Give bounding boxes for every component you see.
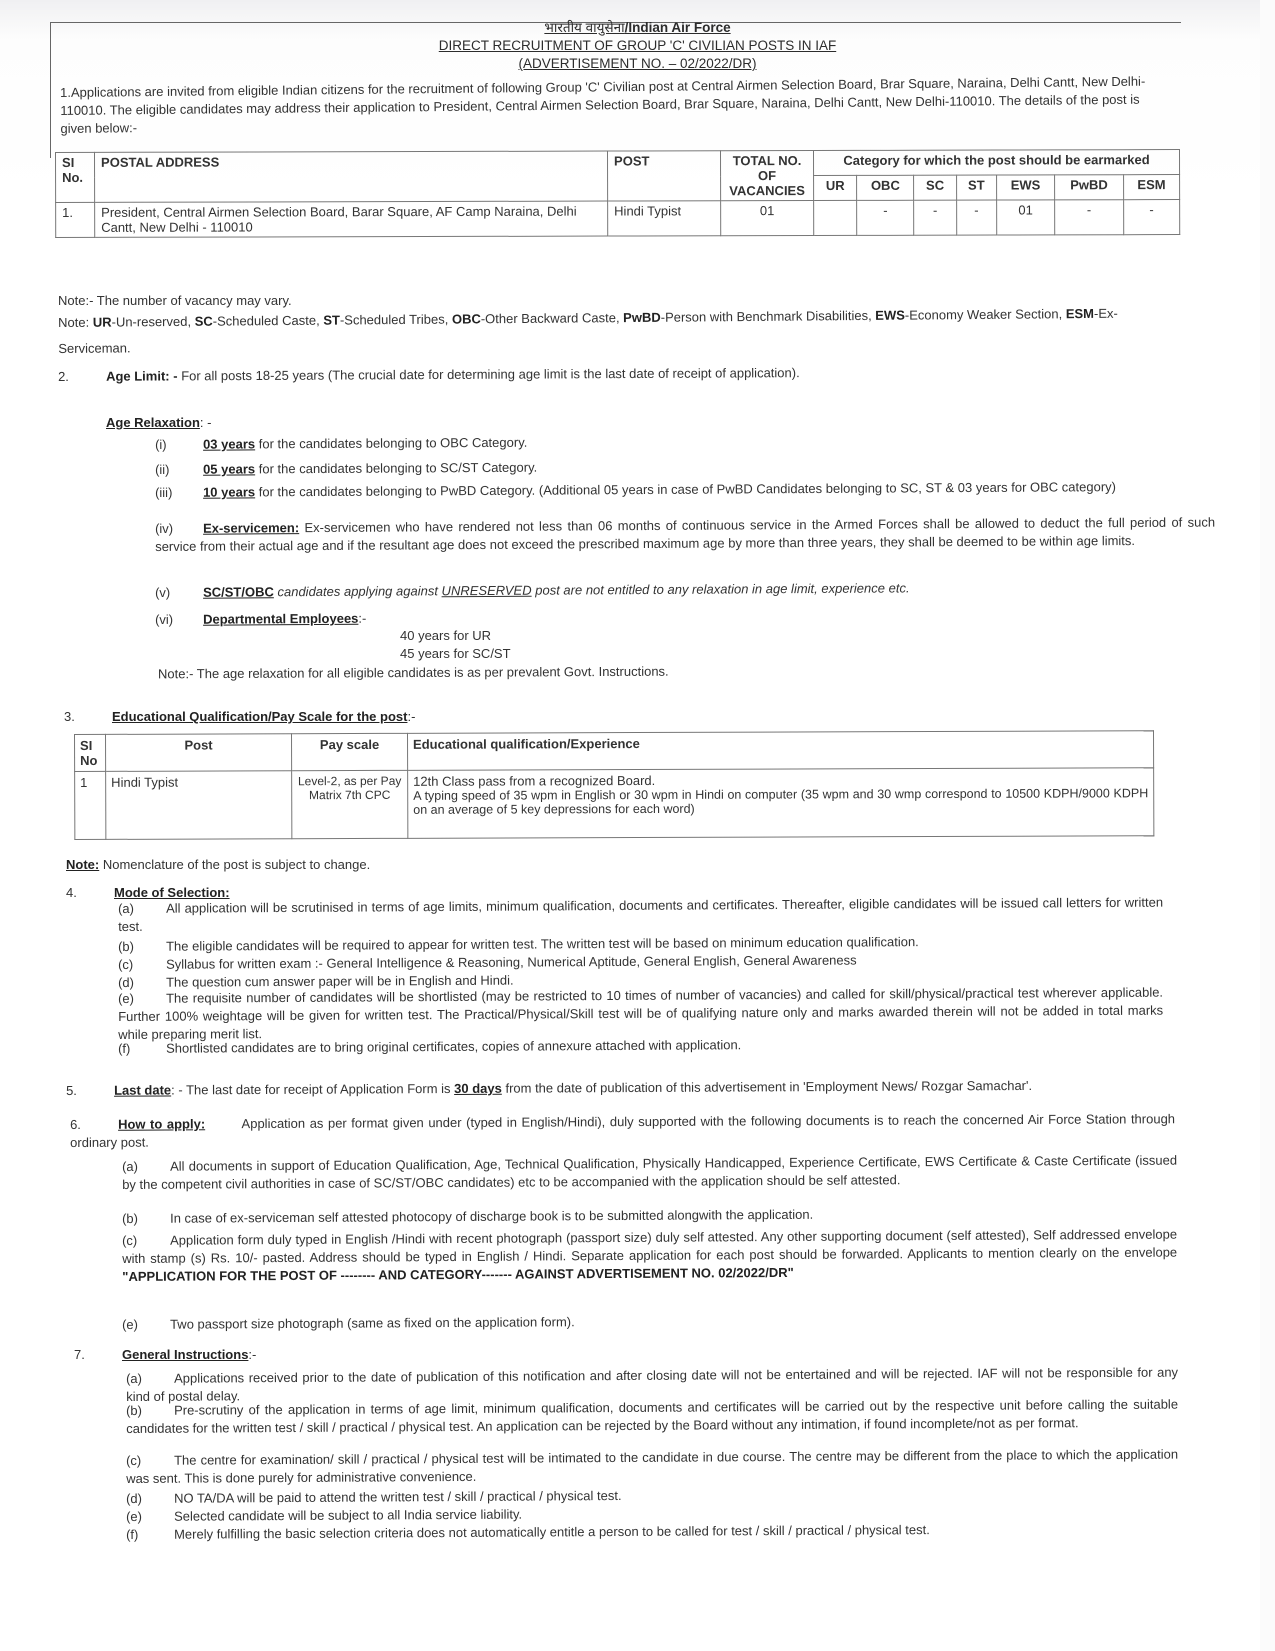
item-number: (e) — [126, 1508, 174, 1526]
abbr-term: ESM — [1066, 306, 1094, 321]
item-number: (v) — [155, 584, 203, 602]
section-how-to-apply: 6.How to apply: Application as per forma… — [70, 1110, 1175, 1152]
doc-subtitle: DIRECT RECRUITMENT OF GROUP 'C' CIVILIAN… — [0, 38, 1275, 53]
row-category-value: - — [914, 200, 956, 235]
item-number: (a) — [122, 1158, 170, 1176]
item-number: (f) — [118, 1040, 166, 1058]
how-to-apply-item: (b)In case of ex-serviceman self atteste… — [122, 1204, 1177, 1228]
item-number: (d) — [126, 1490, 174, 1508]
item-emphasis: 10 years — [203, 484, 255, 499]
item-text: The eligible candidates will be required… — [166, 934, 919, 954]
age-relaxation-item: (vi)Departmental Employees:- — [155, 605, 1215, 629]
item-number: (e) — [118, 990, 166, 1008]
item-text: Two passport size photograph (same as fi… — [170, 1314, 575, 1331]
vacancy-table: SI No. POSTAL ADDRESS POST TOTAL NO. OF … — [55, 149, 1180, 238]
item-emphasis: 03 years — [203, 436, 255, 451]
item-number: (b) — [122, 1210, 170, 1228]
item-number: (a) — [118, 900, 166, 918]
col-category: ST — [956, 175, 996, 200]
row-sl: 1. — [56, 202, 95, 237]
abbr-term: UR — [93, 315, 112, 330]
abbr-term: PwBD — [623, 310, 661, 325]
item-number: (a) — [126, 1370, 174, 1388]
edu-col-sl: SI No — [75, 734, 106, 771]
departmental-scst: 45 years for SC/ST — [400, 645, 511, 663]
edu-row: 1 Hindi Typist Level-2, as per Pay Matri… — [75, 768, 1154, 840]
item-text: NO TA/DA will be paid to attend the writ… — [174, 1488, 622, 1506]
row-category-value: - — [956, 200, 996, 235]
item-emphasis: SC/ST/OBC — [203, 584, 274, 599]
col-sl: SI No. — [56, 152, 95, 202]
abbr-definition: -Other Backward Caste, — [481, 310, 623, 326]
item-text: Pre-scrutiny of the application in terms… — [126, 1397, 1178, 1436]
abbr-definition: -Economy Weaker Section, — [905, 306, 1066, 322]
item-text: Selected candidate will be subject to al… — [174, 1507, 522, 1524]
row-category-value: - — [1055, 200, 1124, 235]
item-number: (c) — [122, 1232, 170, 1250]
row-total: 01 — [721, 201, 814, 236]
age-relaxation-item: (iii)10 years for the candidates belongi… — [155, 478, 1215, 502]
item-text: All documents in support of Education Qu… — [122, 1153, 1177, 1192]
departmental-ur: 40 years for UR — [400, 627, 491, 645]
item-number: (vi) — [155, 611, 203, 629]
document-page: भारतीय वायुसेना/Indian Air Force DIRECT … — [0, 0, 1260, 1651]
age-relaxation-note: Note:- The age relaxation for all eligib… — [158, 663, 669, 684]
row-address: President, Central Airmen Selection Boar… — [95, 201, 608, 237]
col-category: OBC — [857, 175, 914, 200]
item-number: (ii) — [155, 461, 203, 479]
general-instruction-item: (b)Pre-scrutiny of the application in te… — [126, 1396, 1178, 1438]
age-relaxation-item: (i)03 years for the candidates belonging… — [155, 430, 1215, 454]
item-emphasis: Ex-servicemen: — [203, 520, 299, 536]
abbr-definition: -Scheduled Tribes, — [340, 312, 452, 328]
item-text: In case of ex-serviceman self attested p… — [170, 1207, 813, 1226]
org-title-hindi: भारतीय वायुसेना — [544, 20, 624, 35]
item-number: (e) — [122, 1316, 170, 1334]
item-number: (i) — [155, 436, 203, 454]
item-emphasis: "APPLICATION FOR THE POST OF -------- AN… — [122, 1265, 794, 1284]
col-address: POSTAL ADDRESS — [95, 151, 608, 202]
item-text: for the candidates belonging to SC/ST Ca… — [255, 460, 537, 477]
abbr-definition: -Scheduled Caste, — [213, 313, 324, 329]
selection-item: (a)All application will be scrutinised i… — [118, 894, 1163, 936]
item-text: Shortlisted candidates are to bring orig… — [166, 1037, 741, 1056]
item-text: candidates applying against — [274, 583, 442, 599]
col-category: ESM — [1123, 175, 1179, 200]
item-text: for the candidates belonging to OBC Cate… — [255, 435, 527, 452]
item-text: :- — [358, 611, 366, 626]
general-instruction-item: (c)The centre for examination/ skill / p… — [126, 1446, 1178, 1488]
age-relaxation-item: (v)SC/ST/OBC candidates applying against… — [155, 578, 1215, 602]
section-general: 7.General Instructions:- — [74, 1346, 256, 1364]
how-to-apply-item: (a)All documents in support of Education… — [122, 1152, 1177, 1194]
row-category-value — [814, 200, 857, 235]
section-last-date: 5.Last date: - The last date for receipt… — [66, 1076, 1176, 1100]
item-text: The requisite number of candidates will … — [118, 985, 1163, 1042]
abbr-definition: -Person with Benchmark Disabilities, — [661, 308, 876, 325]
row-post: Hindi Typist — [608, 201, 721, 236]
age-relaxation-item: (iv)Ex-servicemen: Ex-servicemen who hav… — [155, 514, 1215, 556]
education-table: SI No Post Pay scale Educational qualifi… — [74, 730, 1154, 840]
item-number: (b) — [126, 1402, 174, 1420]
how-to-apply-item: (c)Application form duly typed in Englis… — [122, 1226, 1177, 1286]
abbr-term: SC — [195, 314, 213, 329]
age-relaxation-item: (ii)05 years for the candidates belongin… — [155, 455, 1215, 479]
item-emphasis: Departmental Employees — [203, 611, 358, 627]
abbreviation-note: Note: UR-Un-reserved, SC-Scheduled Caste… — [58, 300, 1178, 362]
abbr-term: OBC — [452, 311, 481, 326]
item-text: Ex-servicemen who have rendered not less… — [155, 515, 1215, 554]
edu-col-post: Post — [106, 734, 292, 772]
nomenclature-note: Note: Nomenclature of the post is subjec… — [66, 856, 370, 874]
row-category-value: - — [1123, 200, 1179, 235]
col-total: TOTAL NO. OF VACANCIES — [720, 151, 813, 201]
how-to-apply-item: (e)Two passport size photograph (same as… — [122, 1310, 1177, 1334]
item-underline: UNRESERVED — [441, 583, 531, 599]
item-emphasis: 05 years — [203, 461, 255, 476]
vacancy-row: 1.President, Central Airmen Selection Bo… — [56, 200, 1180, 238]
col-category: UR — [814, 175, 857, 200]
row-category-value: 01 — [997, 200, 1055, 235]
col-category: PwBD — [1055, 175, 1124, 200]
intro-paragraph: 1.Applications are invited from eligible… — [60, 72, 1161, 138]
advertisement-number: (ADVERTISEMENT NO. – 02/2022/DR) — [0, 56, 1275, 71]
abbr-note-label: Note: — [58, 315, 93, 330]
row-category-value: - — [857, 200, 914, 235]
col-category: SC — [914, 175, 956, 200]
abbr-term: EWS — [875, 308, 905, 323]
item-text: Syllabus for written exam :- General Int… — [166, 952, 857, 971]
item-number: (c) — [118, 956, 166, 974]
item-text: All application will be scrutinised in t… — [118, 895, 1163, 934]
edu-col-pay: Pay scale — [292, 733, 408, 770]
col-category-group: Category for which the post should be ea… — [813, 150, 1179, 176]
item-number: (b) — [118, 938, 166, 956]
edu-col-qual: Educational qualification/Experience — [407, 731, 1153, 771]
abbr-definition: -Un-reserved, — [112, 314, 195, 330]
org-title-english: /Indian Air Force — [625, 20, 731, 35]
item-text: The centre for examination/ skill / prac… — [126, 1447, 1178, 1486]
section-education: 3.Educational Qualification/Pay Scale fo… — [64, 708, 1184, 726]
item-number: (iii) — [155, 484, 203, 502]
age-relaxation-heading: Age Relaxation: - — [106, 414, 211, 432]
col-post: POST — [607, 151, 720, 201]
item-text: Merely fulfilling the basic selection cr… — [174, 1522, 930, 1542]
org-title: भारतीय वायुसेना/Indian Air Force — [0, 18, 1275, 36]
section-age-limit: 2.Age Limit: - For all posts 18-25 years… — [58, 362, 1178, 386]
abbr-term: ST — [323, 313, 340, 328]
item-number: (iv) — [155, 520, 203, 538]
col-category: EWS — [997, 175, 1055, 200]
item-number: (f) — [126, 1526, 174, 1544]
item-text: for the candidates belonging to PwBD Cat… — [255, 479, 1116, 499]
item-number: (c) — [126, 1452, 174, 1470]
item-text: post are not entitled to any relaxation … — [532, 580, 910, 597]
item-text: Application form duly typed in English /… — [122, 1227, 1177, 1266]
